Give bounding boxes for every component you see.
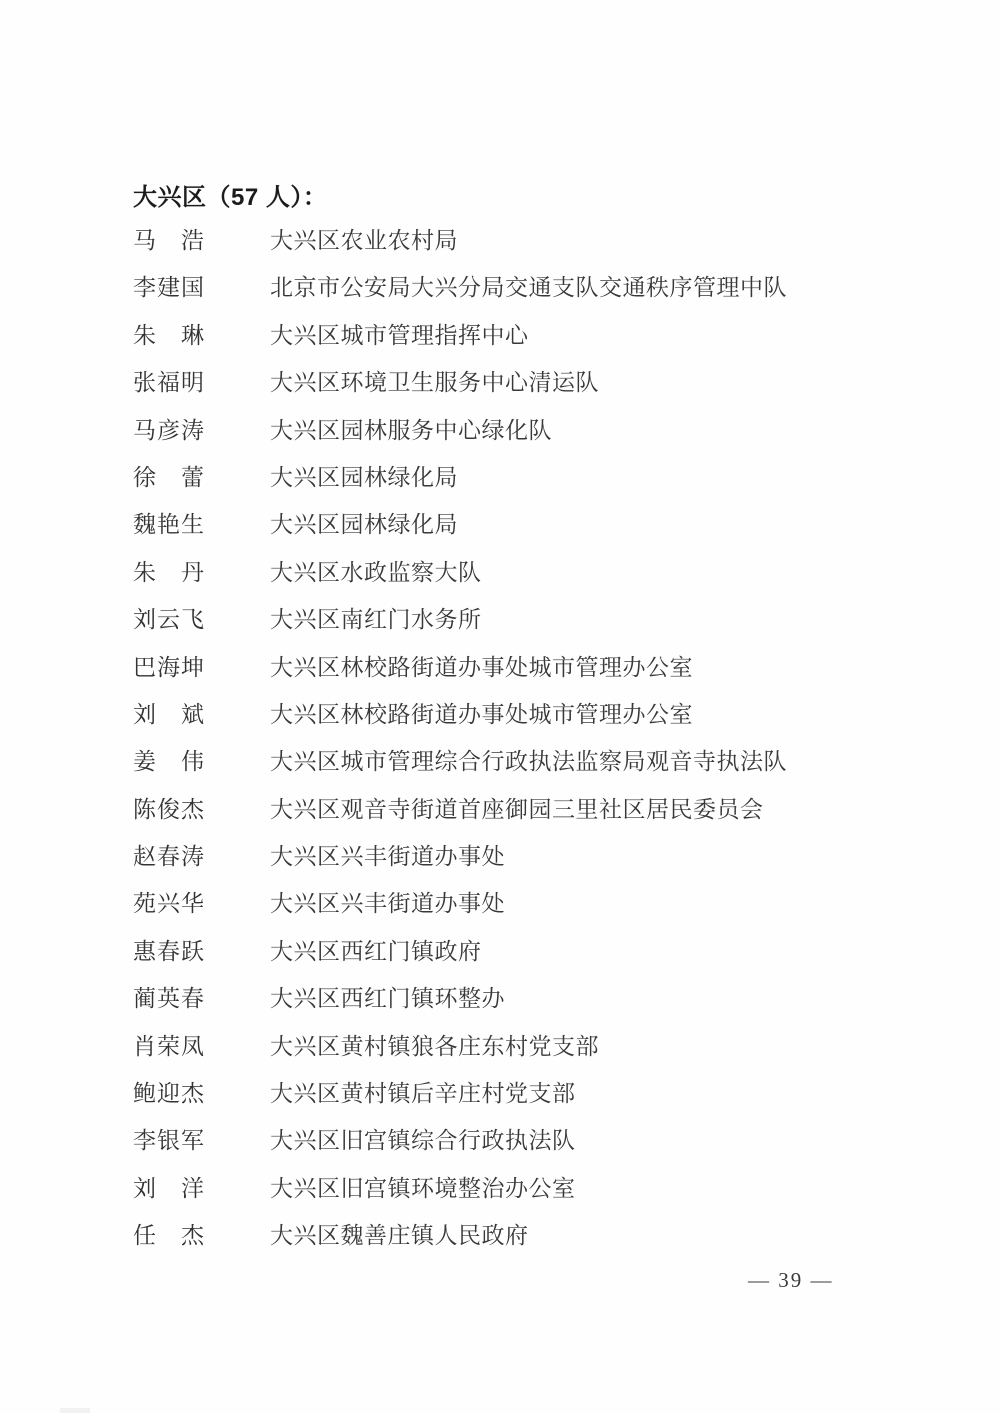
person-name: 苑兴华 (133, 889, 270, 919)
organization-name: 大兴区林校路街道办事处城市管理办公室 (270, 653, 940, 683)
organization-name: 大兴区水政监察大队 (270, 558, 940, 588)
organization-name: 大兴区城市管理综合行政执法监察局观音寺执法队 (270, 747, 940, 777)
list-item: 李建国 北京市公安局大兴分局交通支队交通秩序管理中队 (133, 273, 940, 320)
person-name: 朱 琳 (133, 321, 270, 351)
list-item: 任 杰 大兴区魏善庄镇人民政府 (133, 1221, 940, 1268)
list-item: 赵春涛 大兴区兴丰街道办事处 (133, 842, 940, 889)
list-item: 马彦涛 大兴区园林服务中心绿化队 (133, 416, 940, 463)
person-name: 马 浩 (133, 226, 270, 256)
list-item: 姜 伟 大兴区城市管理综合行政执法监察局观音寺执法队 (133, 747, 940, 794)
organization-name: 大兴区旧宫镇综合行政执法队 (270, 1126, 940, 1156)
organization-name: 大兴区环境卫生服务中心清运队 (270, 368, 940, 398)
list-item: 徐 蕾 大兴区园林绿化局 (133, 463, 940, 510)
list-item: 朱 琳 大兴区城市管理指挥中心 (133, 321, 940, 368)
organization-name: 大兴区园林绿化局 (270, 463, 940, 493)
list-item: 刘 斌 大兴区林校路街道办事处城市管理办公室 (133, 700, 940, 747)
person-name: 陈俊杰 (133, 795, 270, 825)
list-item: 刘云飞 大兴区南红门水务所 (133, 605, 940, 652)
list-item: 马 浩 大兴区农业农村局 (133, 226, 940, 273)
organization-name: 大兴区旧宫镇环境整治办公室 (270, 1174, 940, 1204)
person-name: 任 杰 (133, 1221, 270, 1251)
list-item: 惠春跃 大兴区西红门镇政府 (133, 937, 940, 984)
person-name: 魏艳生 (133, 510, 270, 540)
name-org-list: 马 浩 大兴区农业农村局 李建国 北京市公安局大兴分局交通支队交通秩序管理中队 … (133, 226, 940, 1269)
list-item: 陈俊杰 大兴区观音寺街道首座御园三里社区居民委员会 (133, 795, 940, 842)
list-item: 张福明 大兴区环境卫生服务中心清运队 (133, 368, 940, 415)
list-item: 魏艳生 大兴区园林绿化局 (133, 510, 940, 557)
person-name: 蔺英春 (133, 984, 270, 1014)
organization-name: 大兴区南红门水务所 (270, 605, 940, 635)
list-item: 李银军 大兴区旧宫镇综合行政执法队 (133, 1126, 940, 1173)
scan-artifact (60, 1408, 90, 1413)
organization-name: 大兴区林校路街道办事处城市管理办公室 (270, 700, 940, 730)
document-page: 大兴区（57 人）： 马 浩 大兴区农业农村局 李建国 北京市公安局大兴分局交通… (0, 0, 1000, 1413)
organization-name: 大兴区黄村镇狼各庄东村党支部 (270, 1032, 940, 1062)
organization-name: 大兴区魏善庄镇人民政府 (270, 1221, 940, 1251)
organization-name: 北京市公安局大兴分局交通支队交通秩序管理中队 (270, 273, 940, 303)
person-name: 赵春涛 (133, 842, 270, 872)
organization-name: 大兴区黄村镇后辛庄村党支部 (270, 1079, 940, 1109)
section-heading: 大兴区（57 人）： (133, 183, 327, 213)
organization-name: 大兴区兴丰街道办事处 (270, 842, 940, 872)
organization-name: 大兴区西红门镇环整办 (270, 984, 940, 1014)
person-name: 姜 伟 (133, 747, 270, 777)
list-item: 苑兴华 大兴区兴丰街道办事处 (133, 889, 940, 936)
person-name: 李建国 (133, 273, 270, 303)
person-name: 刘云飞 (133, 605, 270, 635)
person-name: 朱 丹 (133, 558, 270, 588)
person-name: 李银军 (133, 1126, 270, 1156)
list-item: 鲍迎杰 大兴区黄村镇后辛庄村党支部 (133, 1079, 940, 1126)
person-name: 鲍迎杰 (133, 1079, 270, 1109)
organization-name: 大兴区园林服务中心绿化队 (270, 416, 940, 446)
organization-name: 大兴区园林绿化局 (270, 510, 940, 540)
person-name: 马彦涛 (133, 416, 270, 446)
organization-name: 大兴区兴丰街道办事处 (270, 889, 940, 919)
list-item: 肖荣凤 大兴区黄村镇狼各庄东村党支部 (133, 1032, 940, 1079)
list-item: 刘 洋 大兴区旧宫镇环境整治办公室 (133, 1174, 940, 1221)
person-name: 惠春跃 (133, 937, 270, 967)
organization-name: 大兴区西红门镇政府 (270, 937, 940, 967)
person-name: 徐 蕾 (133, 463, 270, 493)
person-name: 张福明 (133, 368, 270, 398)
list-item: 蔺英春 大兴区西红门镇环整办 (133, 984, 940, 1031)
person-name: 刘 洋 (133, 1174, 270, 1204)
person-name: 巴海坤 (133, 653, 270, 683)
organization-name: 大兴区观音寺街道首座御园三里社区居民委员会 (270, 795, 940, 825)
page-number: — 39 — (748, 1268, 834, 1293)
list-item: 朱 丹 大兴区水政监察大队 (133, 558, 940, 605)
person-name: 刘 斌 (133, 700, 270, 730)
organization-name: 大兴区农业农村局 (270, 226, 940, 256)
person-name: 肖荣凤 (133, 1032, 270, 1062)
organization-name: 大兴区城市管理指挥中心 (270, 321, 940, 351)
list-item: 巴海坤 大兴区林校路街道办事处城市管理办公室 (133, 653, 940, 700)
